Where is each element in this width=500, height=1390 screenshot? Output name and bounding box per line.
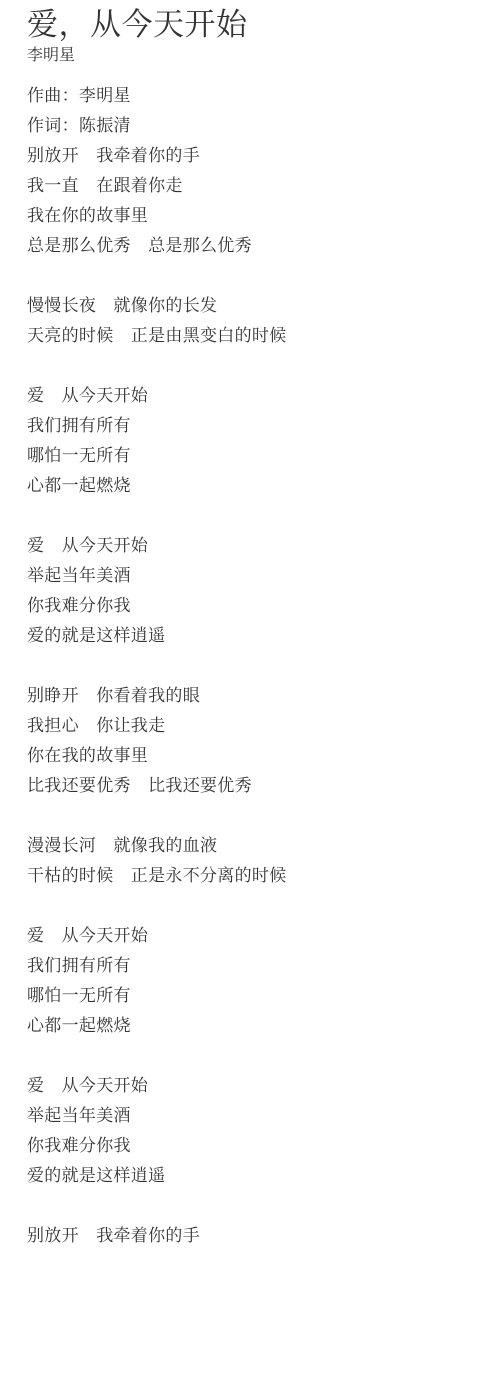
- lyric-line: 你在我的故事里: [27, 741, 480, 771]
- artist-name: 李明星: [27, 44, 480, 68]
- page-title: 爱，从今天开始: [27, 5, 480, 44]
- lyric-line: 爱 从今天开始: [27, 531, 480, 561]
- lyric-line: 你我难分你我: [27, 591, 480, 621]
- lyric-blank-line: [27, 1041, 480, 1071]
- lyric-line: 慢慢长夜 就像你的长发: [27, 291, 480, 321]
- lyric-line: 哪怕一无所有: [27, 441, 480, 471]
- lyric-line: 天亮的时候 正是由黑变白的时候: [27, 321, 480, 351]
- lyric-blank-line: [27, 1191, 480, 1221]
- lyric-line: 哪怕一无所有: [27, 981, 480, 1011]
- lyric-line: 爱的就是这样逍遥: [27, 1161, 480, 1191]
- lyric-blank-line: [27, 801, 480, 831]
- lyric-line: 举起当年美酒: [27, 1101, 480, 1131]
- lyric-line: 作曲：李明星: [27, 81, 480, 111]
- lyric-line: 干枯的时候 正是永不分离的时候: [27, 861, 480, 891]
- lyrics-body: 作曲：李明星作词：陈振清别放开 我牵着你的手我一直 在跟着你走我在你的故事里总是…: [27, 81, 480, 1251]
- lyric-line: 别睁开 你看着我的眼: [27, 681, 480, 711]
- lyric-blank-line: [27, 891, 480, 921]
- lyric-line: 心都一起燃烧: [27, 471, 480, 501]
- lyric-line: 别放开 我牵着你的手: [27, 1221, 480, 1251]
- lyric-line: 漫漫长河 就像我的血液: [27, 831, 480, 861]
- lyric-line: 比我还要优秀 比我还要优秀: [27, 771, 480, 801]
- lyric-line: 我们拥有所有: [27, 951, 480, 981]
- lyric-line: 心都一起燃烧: [27, 1011, 480, 1041]
- lyric-line: 爱 从今天开始: [27, 1071, 480, 1101]
- lyrics-page: 爱，从今天开始 李明星 作曲：李明星作词：陈振清别放开 我牵着你的手我一直 在跟…: [0, 0, 500, 1251]
- lyric-blank-line: [27, 501, 480, 531]
- lyric-line: 我在你的故事里: [27, 201, 480, 231]
- lyric-blank-line: [27, 651, 480, 681]
- lyric-line: 别放开 我牵着你的手: [27, 141, 480, 171]
- lyric-blank-line: [27, 351, 480, 381]
- lyric-line: 我一直 在跟着你走: [27, 171, 480, 201]
- lyric-line: 爱的就是这样逍遥: [27, 621, 480, 651]
- lyric-line: 爱 从今天开始: [27, 921, 480, 951]
- lyric-line: 举起当年美酒: [27, 561, 480, 591]
- lyric-line: 我们拥有所有: [27, 411, 480, 441]
- lyric-line: 总是那么优秀 总是那么优秀: [27, 231, 480, 261]
- lyric-blank-line: [27, 261, 480, 291]
- lyric-line: 作词：陈振清: [27, 111, 480, 141]
- lyric-line: 你我难分你我: [27, 1131, 480, 1161]
- lyric-line: 我担心 你让我走: [27, 711, 480, 741]
- lyric-line: 爱 从今天开始: [27, 381, 480, 411]
